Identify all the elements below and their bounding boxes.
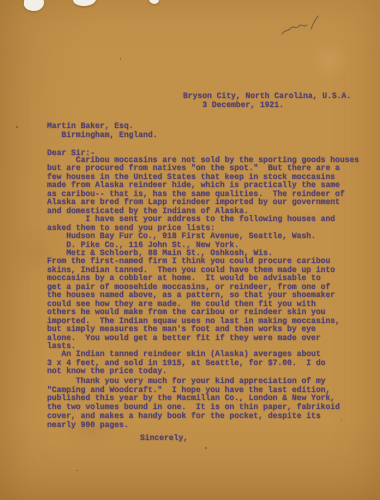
paper-speck	[341, 420, 342, 421]
paper-speck	[120, 58, 121, 60]
paper-speck	[16, 126, 18, 128]
letter-closing: Sincerely,	[140, 434, 188, 443]
letter-dateline: Bryson City, North Carolina, U.S.A. 3 De…	[183, 93, 351, 111]
paper-tear	[72, 0, 96, 7]
paper-tear	[149, 0, 159, 4]
letter-paper: Bryson City, North Carolina, U.S.A. 3 De…	[0, 0, 380, 500]
letter-body-main: Caribou moccasins are not sold by the sp…	[47, 157, 359, 377]
pencil-annotation-mark	[278, 13, 328, 43]
letter-body-thanks: Thank you very much for your kind apprec…	[47, 378, 340, 430]
paper-speck	[76, 470, 78, 471]
paper-speck	[205, 447, 207, 449]
paper-tear	[23, 0, 45, 12]
letter-recipient-address: Martin Baker, Esq. Birmingham, England.	[47, 123, 157, 141]
